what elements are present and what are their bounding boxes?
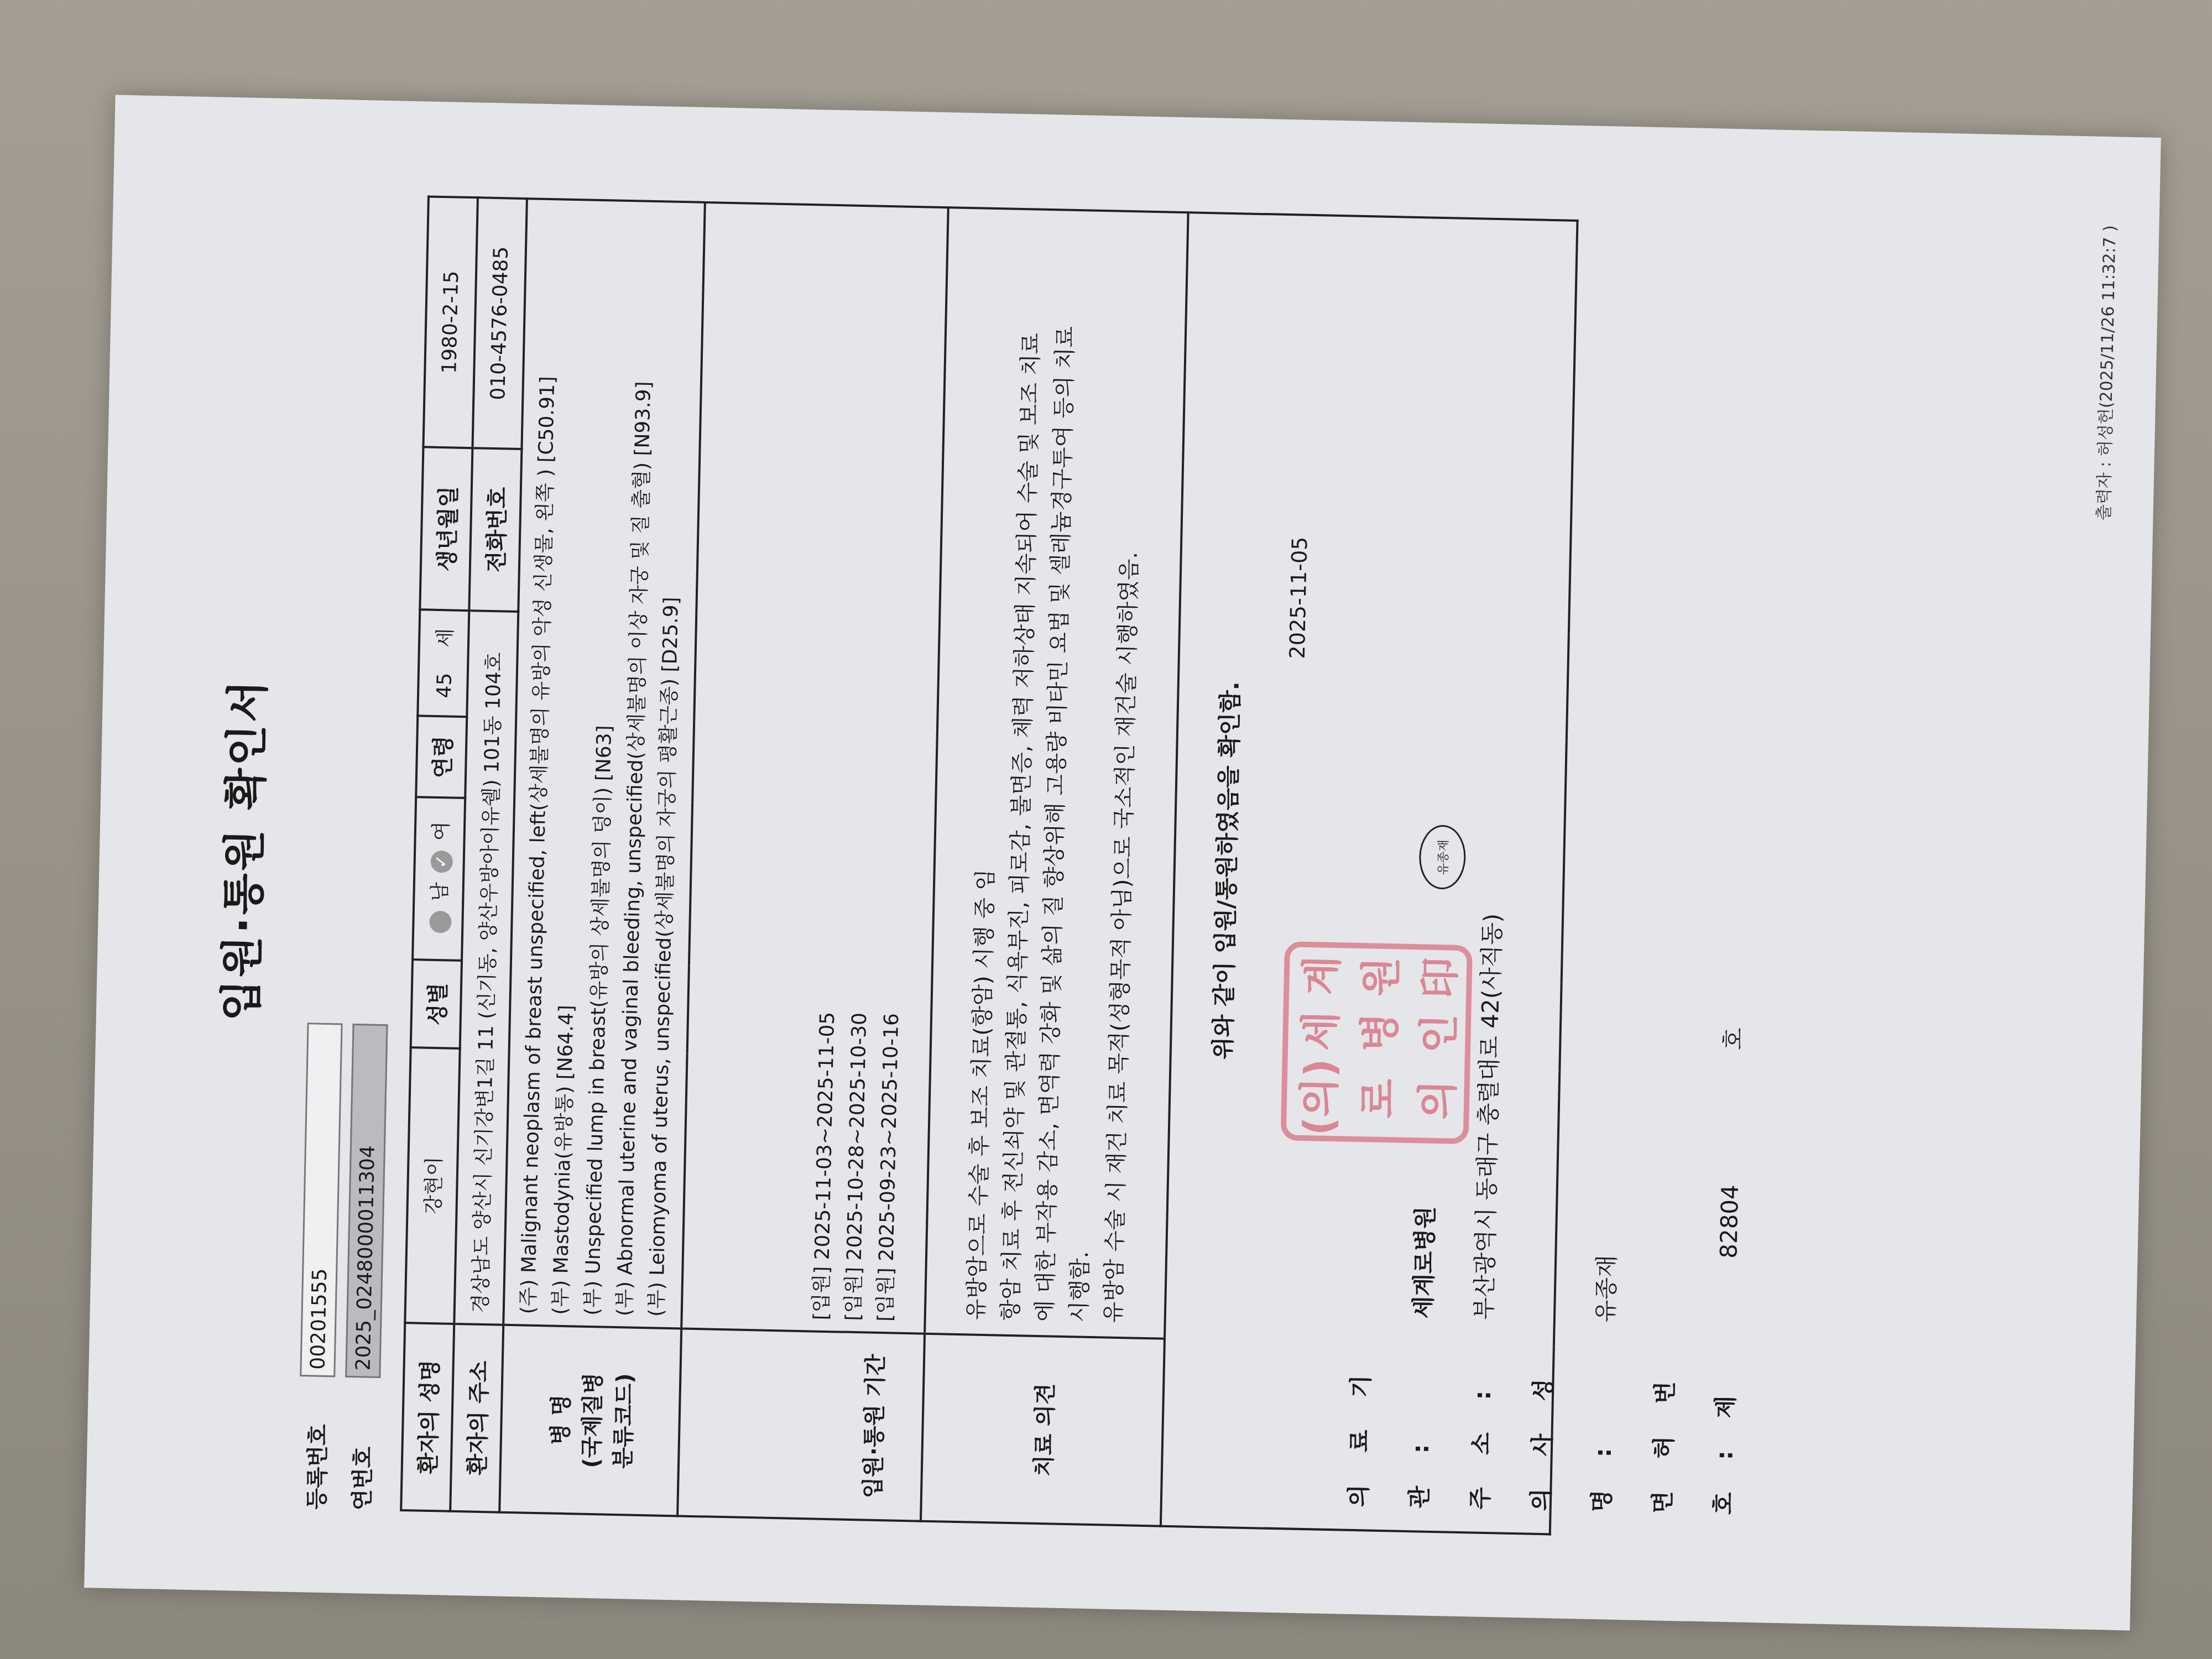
license-number: 82804 bbox=[1698, 1184, 1761, 1259]
sex-option-female: 여 bbox=[430, 821, 453, 841]
table-row: 위와 같이 입원/통원하였음을 확인함. 2025-11-05 (의) 세 계 … bbox=[1161, 212, 1578, 1534]
institution-row: 의 료 기 관 : 세계로병원 bbox=[1328, 910, 1463, 1509]
age-label: 연령 bbox=[416, 716, 467, 798]
document-title: 입원·통원 확인서 bbox=[196, 191, 286, 1509]
table-row: 병 명 (국제질병 분류코드) (주) Malignant neoplasm o… bbox=[499, 199, 705, 1516]
confirmation-statement: 위와 같이 입원/통원하였음을 확인함. bbox=[1195, 215, 1256, 1527]
diagnosis-label: 병 명 (국제질병 분류코드) bbox=[499, 1324, 681, 1516]
treatment-opinion-label: 치료 의견 bbox=[921, 1333, 1165, 1526]
checkmark-icon: ✓ bbox=[430, 850, 453, 873]
patient-name-label: 환자의 성명 bbox=[401, 1323, 454, 1511]
birth-date-label: 생년월일 bbox=[420, 447, 472, 611]
doctor-seal-icon: 유종재 bbox=[1418, 825, 1466, 890]
patient-name: 강현이 bbox=[405, 1047, 460, 1324]
license-suffix: 호 bbox=[1703, 1027, 1764, 1051]
confirmation-section: 위와 같이 입원/통원하였음을 확인함. 2025-11-05 (의) 세 계 … bbox=[1161, 212, 1578, 1534]
issue-date: 2025-11-05 bbox=[1285, 536, 1312, 659]
sex-option-male: 남 bbox=[429, 882, 452, 902]
institution-name: 세계로병원 bbox=[1410, 1206, 1439, 1319]
treatment-opinion: 유방암으로 수술 후 보조 치료(항암) 시행 중 임 항암 치료 후 전신쇠약… bbox=[925, 207, 1188, 1338]
table-row: 치료 의견 유방암으로 수술 후 보조 치료(항암) 시행 중 임 항암 치료 … bbox=[921, 207, 1188, 1526]
doctor-row: 의 사 성 명 : 유종재 bbox=[1511, 914, 1645, 1513]
age-value: 45 세 bbox=[418, 609, 469, 717]
admission-period-list: [입원] 2025-11-03~2025-11-05 [입원] 2025-10-… bbox=[681, 202, 948, 1333]
photo-frame: 입원·통원 확인서 등록번호 00201555 연번호 2025_0248000… bbox=[72, 77, 2173, 1648]
issuer-info: 의 료 기 관 : 세계로병원 주 소 : 부산광역시 동래구 충렬대로 42(… bbox=[1328, 910, 1766, 1515]
diagnosis-label-line: (국제질병 bbox=[573, 1337, 608, 1504]
diagnosis-list: (주) Malignant neoplasm of breast unspeci… bbox=[503, 199, 705, 1328]
sex-label: 성별 bbox=[411, 960, 462, 1048]
printed-by-footer: 출력자 : 허성헌(2025/11/26 11:32:7 ) bbox=[2090, 225, 2120, 521]
seal-text: 유종재 bbox=[1433, 839, 1451, 875]
table-row: 입원·통원 기간 [입원] 2025-11-03~2025-11-05 [입원]… bbox=[677, 202, 948, 1521]
phone-label: 전화번호 bbox=[469, 448, 521, 612]
serial-label: 연번호 bbox=[345, 1378, 379, 1511]
serial-number: 2025_0248000011304 bbox=[345, 1024, 388, 1378]
confirmation-table: 환자의 성명 강현이 성별 남 ✓ 여 연령 45 세 생년월일 bbox=[400, 195, 1578, 1535]
sex-selector: 남 ✓ 여 bbox=[413, 797, 465, 961]
doctor-name: 유종재 bbox=[1592, 1255, 1621, 1323]
radio-unchecked-icon bbox=[429, 911, 452, 933]
patient-address-label: 환자의 주소 bbox=[450, 1323, 503, 1512]
diagnosis-label-line: 병 명 bbox=[541, 1337, 576, 1503]
birth-date: 1980-2-15 bbox=[423, 196, 477, 447]
hospital-address: 부산광역시 동래구 충렬대로 42(사직동) bbox=[1470, 913, 1506, 1320]
doctor-label: 의 사 성 명 : bbox=[1511, 1328, 1636, 1513]
institution-label: 의 료 기 관 : bbox=[1328, 1324, 1454, 1509]
registration-number: 00201555 bbox=[300, 1022, 342, 1377]
admission-period-label: 입원·통원 기간 bbox=[677, 1328, 925, 1521]
license-row: 면 허 번 호 : 제 82804 호 bbox=[1632, 917, 1767, 1516]
license-label: 면 허 번 호 : 제 bbox=[1632, 1331, 1758, 1516]
age-unit: 세 bbox=[434, 628, 457, 648]
registration-label: 등록번호 bbox=[299, 1376, 333, 1510]
document-page: 입원·통원 확인서 등록번호 00201555 연번호 2025_0248000… bbox=[84, 95, 2161, 1631]
age-number: 45 bbox=[433, 672, 456, 698]
hospital-address-label: 주 소 : bbox=[1450, 1327, 1515, 1510]
diagnosis-label-line: 분류코드) bbox=[604, 1338, 639, 1504]
phone-number: 010-4576-0485 bbox=[472, 197, 526, 448]
